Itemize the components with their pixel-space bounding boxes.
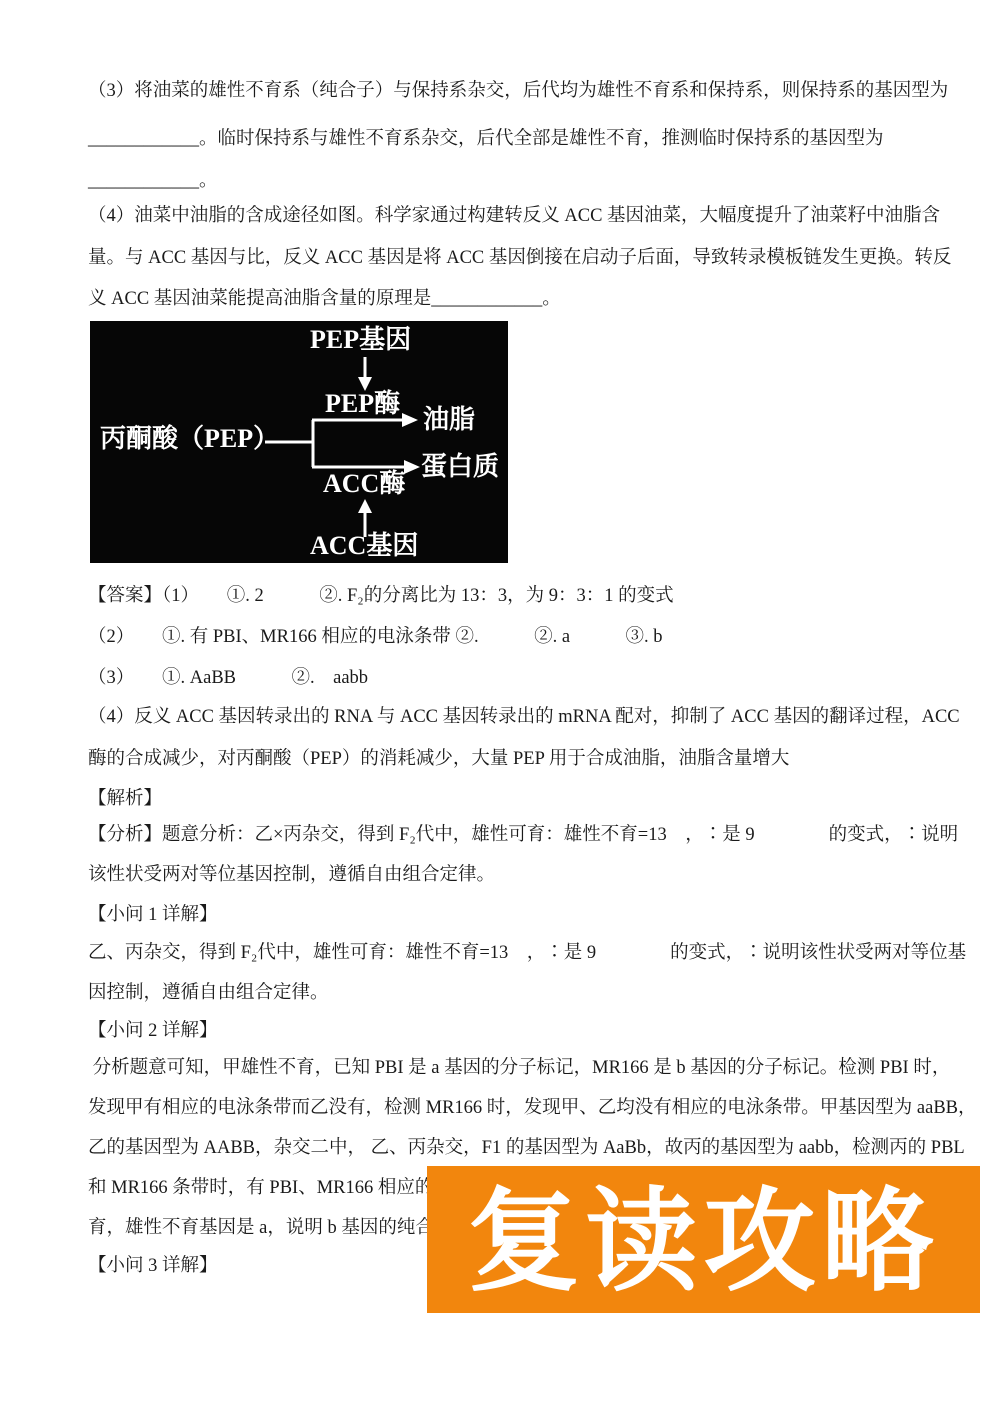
watermark-text: 复读攻略 [468,1186,940,1298]
arrow-right-icon [402,413,418,427]
text-line: （4）油菜中油脂的含成途径如图。科学家通过构建转反义 ACC 基因油菜，大幅度提… [88,203,933,229]
text-line: 义 ACC 基因油菜能提高油脂含量的原理是____________。 [88,286,933,312]
diagram-label-oil: 油脂 [423,407,475,433]
diagram-label-acc-gene: ACC基因 [310,533,418,559]
watermark-banner: 复读攻略 [427,1166,980,1313]
text-line: 量。与 ACC 基因与比，反义 ACC 基因是将 ACC 基因倒接在启动子后面，… [88,245,933,271]
explanation-line: 发现甲有相应的电泳条带而乙没有，检测 MR166 时，发现甲、乙均没有相应的电泳… [88,1095,933,1121]
answer-line: （4）反义 ACC 基因转录出的 RNA 与 ACC 基因转录出的 mRNA 配… [88,704,933,730]
explanation-line: 乙的基因型为 AABB，杂交二中， 乙、丙杂交，F1 的基因型为 AaBb，故丙… [88,1135,933,1161]
document-page: （3）将油菜的雄性不育系（纯合子）与保持系杂交，后代均为雄性不育系和保持系，则保… [0,0,1000,1414]
pathway-diagram: PEP基因 PEP酶 丙酮酸（PEP） 油脂 蛋白质 ACC酶 ACC基因 [90,321,508,563]
explanation-line: 分析题意可知，甲雄性不育，已知 PBI 是 a 基因的分子标记，MR166 是 … [88,1055,933,1081]
analysis-line: 【分析】题意分析：乙×丙杂交，得到 F₂代中，雄性可育：雄性不育=13 ，∶是 … [88,822,933,848]
section-heading: 【小问 2 详解】 [88,1018,933,1044]
diagram-label-protein: 蛋白质 [421,454,499,480]
text-line: ____________。 [88,168,933,194]
answer-line: （3） ①. AaBB ②. aabb [88,665,933,691]
analysis-line: 该性状受两对等位基因控制，遵循自由组合定律。 [88,862,933,888]
diagram-label-pep-enzyme: PEP酶 [325,391,400,417]
diagram-label-pep-gene: PEP基因 [310,327,411,353]
answer-line: 【答案】（1） ①. 2 ②. F₂的分离比为 13：3，为 9：3：1 的变式 [88,583,933,609]
section-heading: 【解析】 [88,786,933,812]
answer-line: 酶的合成减少，对丙酮酸（PEP）的消耗减少，大量 PEP 用于合成油脂，油脂含量… [88,746,933,772]
text-line: ____________。临时保持系与雄性不育系杂交，后代全部是雄性不育，推测临… [88,126,933,152]
arrow-right-icon [404,460,420,474]
diagram-label-pyruvate: 丙酮酸（PEP） [100,426,279,452]
arrow-up-icon [358,499,372,513]
text-line: （3）将油菜的雄性不育系（纯合子）与保持系杂交，后代均为雄性不育系和保持系，则保… [88,78,933,104]
answer-line: （2） ①. 有 PBI、MR166 相应的电泳条带 ②. ②. a ③. b [88,624,933,650]
diagram-label-acc-enzyme: ACC酶 [323,471,405,497]
section-heading: 【小问 1 详解】 [88,902,933,928]
explanation-line: 因控制，遵循自由组合定律。 [88,980,933,1006]
explanation-line: 乙、丙杂交，得到 F₂代中，雄性可育：雄性不育=13 ，∶是 9 的变式，∶说明… [88,940,933,966]
